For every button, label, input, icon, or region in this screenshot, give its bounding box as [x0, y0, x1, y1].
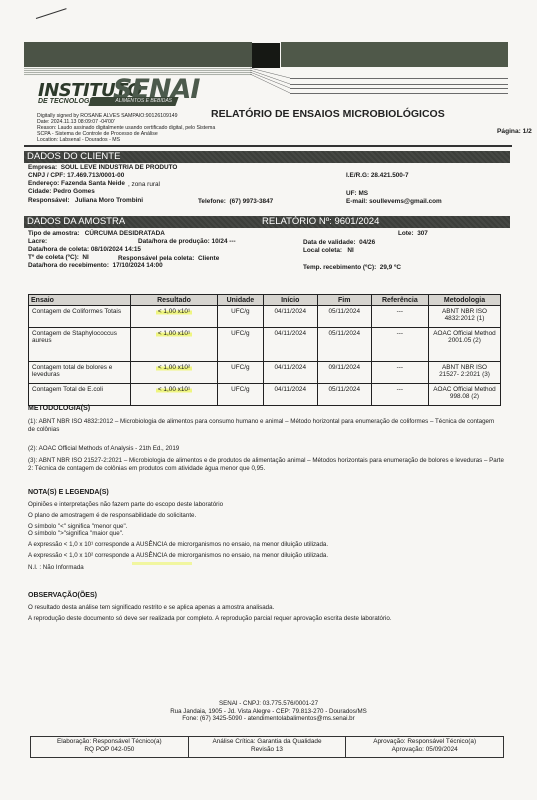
- note-item: N.I. : Não Informada: [28, 564, 84, 572]
- col-resultado: Resultado: [131, 295, 218, 306]
- field-telefone: Telefone: (67) 9973-3847: [198, 198, 273, 205]
- field-validade: Data de validade: 04/26: [303, 239, 375, 246]
- header-diagonal-lines: [250, 66, 290, 94]
- cell-fim: 05/11/2024: [317, 328, 371, 362]
- approval-line: Aprovação: 05/09/2024: [346, 746, 503, 754]
- field-temp-recebimento: Temp. recebimento (ºC): 29,9 ºC: [303, 264, 401, 271]
- section-sample-title: DADOS DA AMOSTRA: [27, 216, 125, 227]
- cell-inicio: 04/11/2024: [263, 306, 317, 328]
- field-tipo-amostra: Tipo de amostra: CÚRCUMA DESIDRATADA: [28, 230, 165, 237]
- cell-metodologia: ABNT NBR ISO 4832:2012 (1): [429, 306, 501, 328]
- field-resp-coleta: Responsável pela coleta: Cliente: [118, 255, 219, 262]
- highlight-mark: [132, 562, 192, 565]
- table-row: Contagem Total de E.coli < 1,00 x10¹ UFC…: [29, 384, 501, 406]
- col-ensaio: Ensaio: [29, 295, 131, 306]
- observation-item: O resultado desta análise tem significad…: [28, 604, 274, 612]
- field-responsavel: Responsável: Juliana Moro Trombini: [28, 197, 143, 204]
- table-row: Contagem de Staphylococcus aureus < 1,00…: [29, 328, 501, 362]
- field-cnpj: CNPJ / CPF: 17.469.713/0001-00: [28, 172, 124, 179]
- cell-inicio: 04/11/2024: [263, 328, 317, 362]
- field-recebimento: Data/hora do recebimento: 17/10/2024 14:…: [28, 262, 163, 269]
- cell-metodologia: AOAC Official Method 2001.05 (2): [429, 328, 501, 362]
- footer-street: Rua Jandaia, 1905 - Jd. Vista Alegre - C…: [0, 708, 537, 716]
- cell-metodologia: AOAC Official Method 998.08 (2): [429, 384, 501, 406]
- header-rule-4: [290, 93, 508, 94]
- note-item: A expressão < 1,0 x 10² corresponde a AU…: [28, 552, 328, 560]
- field-uf: UF: MS: [346, 190, 368, 197]
- approval-elaboracao: Elaboração: Responsável Técnico(a) RQ PO…: [31, 737, 189, 757]
- report-page: INSTITUTO SENAI DE TECNOLOGIA ALIMENTOS …: [0, 0, 537, 800]
- note-item: Opiniões e interpretações não fazem part…: [28, 501, 223, 509]
- approval-line: RQ POP 042-050: [31, 746, 188, 754]
- approval-line: Análise Crítica: Garantia da Qualidade: [189, 738, 346, 746]
- field-temp-coleta: Tº de coleta (ºC): NI: [28, 254, 89, 261]
- cell-unidade: UFC/g: [218, 362, 264, 384]
- methodology-item: (2): AOAC Official Methods of Analysis -…: [28, 445, 498, 453]
- field-coleta: Data/hora de coleta: 08/10/2024 14:15: [28, 246, 141, 253]
- header-banner-right: [281, 42, 508, 67]
- cell-fim: 05/11/2024: [317, 384, 371, 406]
- cell-metodologia: ABNT NBR ISO 21527- 2:2021 (3): [429, 362, 501, 384]
- signature-line: Location: Labsenal - Dourados - MS: [37, 137, 215, 143]
- methodology-item: (1): ABNT NBR ISO 4832:2012 – Microbiolo…: [28, 418, 498, 433]
- cell-resultado: < 1,00 x10¹: [131, 306, 218, 328]
- cell-resultado: < 1,00 x10¹: [131, 384, 218, 406]
- field-producao: Data/hora de produção: 10/24 ---: [138, 238, 236, 245]
- approval-box: Elaboração: Responsável Técnico(a) RQ PO…: [30, 736, 504, 758]
- cell-inicio: 04/11/2024: [263, 384, 317, 406]
- field-local-coleta: Local coleta: NI: [303, 247, 354, 254]
- cell-fim: 05/11/2024: [317, 306, 371, 328]
- cell-referencia: ---: [371, 384, 428, 406]
- section-client-data: DADOS DO CLIENTE: [24, 151, 510, 163]
- logo-tag: ALIMENTOS E BEBIDAS: [88, 97, 178, 106]
- header-banner-mid: [252, 43, 280, 68]
- cell-ensaio: Contagem de Coliformes Totais: [29, 306, 131, 328]
- field-endereco: Endereço: Fazenda Santa Neide: [28, 180, 125, 187]
- result-value: < 1,00 x10¹: [156, 386, 192, 393]
- note-item: A expressão < 1,0 x 10¹ corresponde a AU…: [28, 541, 328, 549]
- cell-referencia: ---: [371, 362, 428, 384]
- field-endereco-extra: , zona rural: [128, 181, 160, 188]
- cell-ensaio: Contagem de Staphylococcus aureus: [29, 328, 131, 362]
- report-number: RELATÓRIO Nº: 9601/2024: [262, 216, 379, 228]
- col-referencia: Referência: [371, 295, 428, 306]
- cell-resultado: < 1,00 x10²: [131, 362, 218, 384]
- col-unidade: Unidade: [218, 295, 264, 306]
- footer-cnpj: SENAI - CNPJ: 03.775.576/0001-27: [0, 700, 537, 708]
- methodology-item: (3): ABNT NBR ISO 21527-2:2021 – Microbi…: [28, 457, 506, 472]
- report-title: RELATÓRIO DE ENSAIOS MICROBIOLÓGICOS: [211, 108, 445, 120]
- approval-line: Revisão 13: [189, 746, 346, 754]
- pen-mark: [36, 8, 67, 19]
- field-cidade: Cidade: Pedro Gomes: [28, 188, 95, 195]
- approval-line: Aprovação: Responsável Técnico(a): [346, 738, 503, 746]
- observation-item: A reprodução deste documento só deve ser…: [28, 615, 392, 623]
- col-metodologia: Metodologia: [429, 295, 501, 306]
- page-number: Página: 1/2: [497, 128, 532, 135]
- cell-ensaio: Contagem total de bolores e leveduras: [29, 362, 131, 384]
- logo-tag-text: ALIMENTOS E BEBIDAS: [90, 97, 177, 106]
- table-header-row: Ensaio Resultado Unidade Início Fim Refe…: [29, 295, 501, 306]
- note-item: O símbolo ">"significa "maior que".: [28, 530, 124, 538]
- approval-line: Elaboração: Responsável Técnico(a): [31, 738, 188, 746]
- table-row: Contagem total de bolores e leveduras < …: [29, 362, 501, 384]
- result-value: < 1,00 x10¹: [156, 308, 192, 315]
- header-divider: [24, 145, 512, 147]
- cell-referencia: ---: [371, 306, 428, 328]
- field-email: E-mail: soullevems@gmail.com: [346, 198, 442, 205]
- footer-contact: Fone: (67) 3425-5090 - atendimentolabali…: [0, 715, 537, 723]
- cell-unidade: UFC/g: [218, 306, 264, 328]
- cell-resultado: < 1,00 x10¹: [131, 328, 218, 362]
- col-fim: Fim: [317, 295, 371, 306]
- cell-referencia: ---: [371, 328, 428, 362]
- field-empresa: Empresa: SOUL LEVE INDUSTRIA DE PRODUTO: [28, 164, 177, 171]
- cell-unidade: UFC/g: [218, 328, 264, 362]
- approval-aprovacao: Aprovação: Responsável Técnico(a) Aprova…: [346, 737, 503, 757]
- col-inicio: Início: [263, 295, 317, 306]
- table-row: Contagem de Coliformes Totais < 1,00 x10…: [29, 306, 501, 328]
- cell-inicio: 04/11/2024: [263, 362, 317, 384]
- note-item: O plano de amostragem é de responsabilid…: [28, 512, 196, 520]
- methodology-title: METODOLOGIA(S): [28, 405, 90, 412]
- notes-title: NOTA(S) E LEGENDA(S): [28, 489, 109, 496]
- section-sample-data: DADOS DA AMOSTRA RELATÓRIO Nº: 9601/2024: [24, 216, 510, 228]
- header-rule-3: [290, 88, 508, 89]
- field-lacre: Lacre:: [28, 238, 47, 245]
- cell-unidade: UFC/g: [218, 384, 264, 406]
- logo-subtitle: DE TECNOLOGIA: [38, 98, 96, 105]
- field-lote: Lote: 307: [398, 230, 428, 237]
- field-ie: I.E/R.G: 28.421.500-7: [346, 172, 409, 179]
- cell-ensaio: Contagem Total de E.coli: [29, 384, 131, 406]
- footer-address: SENAI - CNPJ: 03.775.576/0001-27 Rua Jan…: [0, 700, 537, 723]
- result-value: < 1,00 x10¹: [156, 330, 192, 337]
- approval-analise: Análise Crítica: Garantia da Qualidade R…: [189, 737, 347, 757]
- header-rule-2: [290, 84, 508, 85]
- cell-fim: 09/11/2024: [317, 362, 371, 384]
- header-banner-left: [24, 42, 252, 67]
- result-value: < 1,00 x10²: [156, 364, 192, 371]
- observations-title: OBSERVAÇÃO(ÕES): [28, 592, 97, 599]
- digital-signature: Digitally signed by ROSANE ALVES SAMPAIO…: [37, 113, 215, 143]
- header-rule-1: [290, 78, 508, 79]
- results-table: Ensaio Resultado Unidade Início Fim Refe…: [28, 294, 501, 406]
